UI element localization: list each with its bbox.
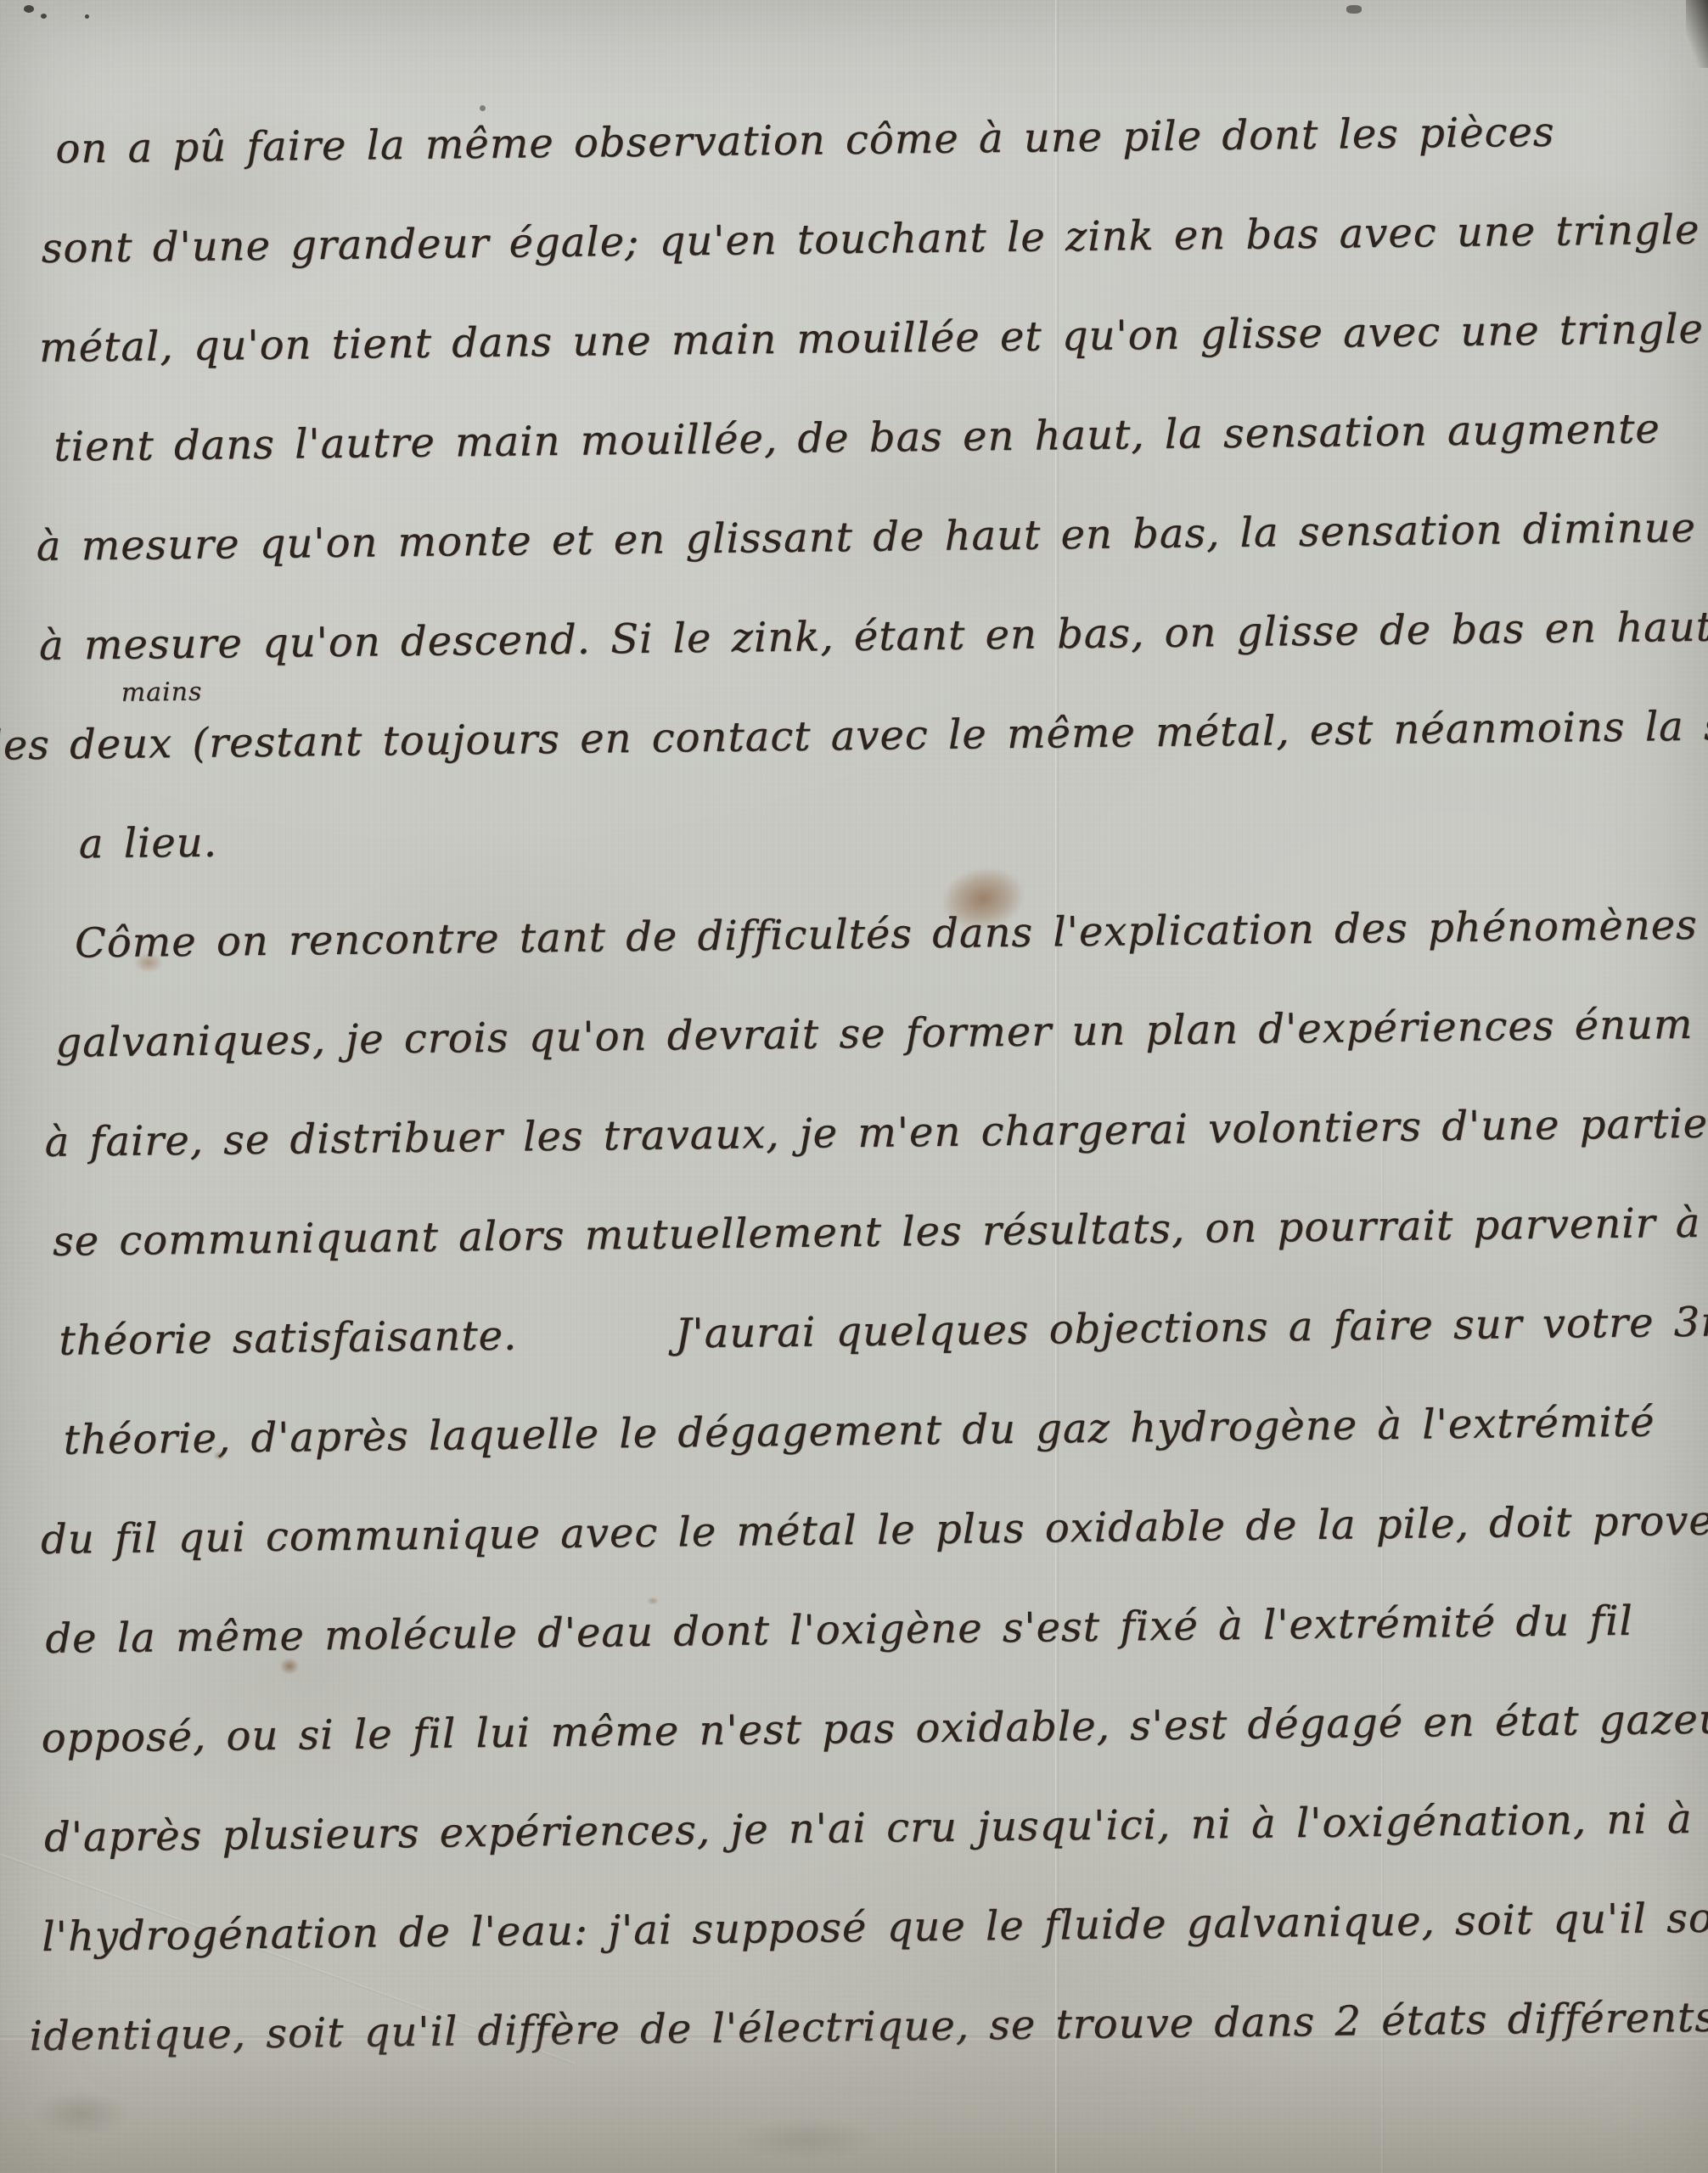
manuscript-line: tient dans l'autre main mouillée, de bas… [53, 405, 1660, 470]
manuscript-line: se communiquant alors mutuellement les r… [53, 1198, 1708, 1265]
manuscript-line: sont d'une grandeur égale; qu'en touchan… [41, 205, 1708, 272]
manuscript-page: on a pû faire la même observation côme à… [0, 0, 1708, 2173]
manuscript-line: on a pû faire la même observation côme à… [55, 109, 1555, 173]
manuscript-line: à mesure qu'on descend. Si le zink, étan… [39, 604, 1708, 670]
manuscript-line: du fil qui communique avec le métal le p… [41, 1496, 1708, 1564]
manuscript-line: à faire, se distribuer les travaux, je m… [44, 1098, 1708, 1165]
manuscript-line: métal, qu'on tient dans une main mouillé… [39, 304, 1708, 372]
manuscript-line: l'hydrogénation de l'eau: j'ai supposé q… [42, 1894, 1708, 1961]
manuscript-line: galvaniques, je crois qu'on devrait se f… [55, 1001, 1694, 1067]
interlinear-word: mains [121, 677, 203, 708]
manuscript-line: les deux (restant toujours en contact av… [0, 700, 1708, 770]
manuscript-line: théorie, d'après laquelle le dégagement … [63, 1398, 1655, 1463]
manuscript-line: de la même molécule d'eau dont l'oxigène… [45, 1597, 1633, 1663]
manuscript-line: identique, soit qu'il diffère de l'élect… [29, 1991, 1708, 2060]
manuscript-line: théorie satisfaisante. J'aurai quelques … [59, 1298, 1708, 1365]
manuscript-line: à mesure qu'on monte et en glissant de h… [36, 504, 1696, 570]
manuscript-line: a lieu. [78, 819, 217, 868]
manuscript-line: opposé, ou si le fil lui même n'est pas … [41, 1695, 1708, 1762]
handwriting-layer: on a pû faire la même observation côme à… [0, 0, 1708, 2173]
manuscript-line: Côme on rencontre tant de difficultés da… [75, 901, 1698, 968]
manuscript-line: d'après plusieurs expériences, je n'ai c… [44, 1795, 1693, 1861]
